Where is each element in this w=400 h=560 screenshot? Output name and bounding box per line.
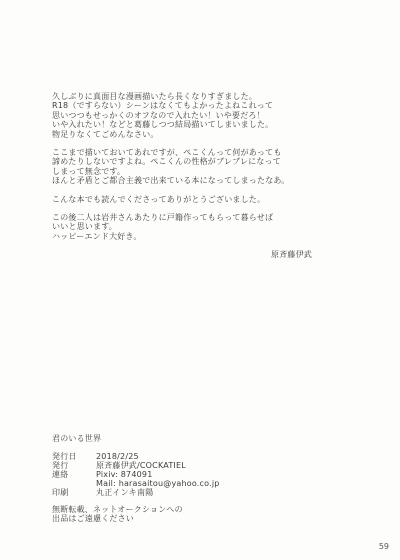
colophon-row: 発行日 2018/2/25 — [52, 452, 220, 461]
colophon-block: 君のいる世界 発行日 2018/2/25 発行 原斉藤伊武/COCKATIEL … — [52, 434, 220, 523]
colophon-value: 丸正インキ南陽 — [96, 488, 153, 497]
colophon-row: 発行 原斉藤伊武/COCKATIEL — [52, 461, 220, 470]
afterword-paragraph: この後二人は岩井さんあたりに戸籍作ってもらって暮らせば いいと思います。 ハッピ… — [52, 213, 318, 241]
colophon-title: 君のいる世界 — [52, 434, 220, 443]
afterword-paragraph: ここまで描いておいてあれですが、ぺこくんって何があっても 諦めたりしないですよね… — [52, 148, 318, 186]
afterword-paragraph: こんな本でも読んでくださってありがとうございました。 — [52, 195, 318, 204]
colophon-label: 印刷 — [52, 488, 96, 497]
page-number: 59 — [379, 542, 389, 551]
colophon-label: 発行日 — [52, 452, 96, 461]
colophon-row: 印刷 丸正インキ南陽 — [52, 488, 220, 497]
author-signature: 原斉藤伊武 — [52, 250, 318, 259]
colophon-value: Pixiv: 874091 Mail: harasaitou@yahoo.co.… — [96, 470, 220, 488]
afterword-text-block: 久しぶりに真面目な漫画描いたら長くなりすぎました。 R18（ですらない）シーンは… — [52, 92, 318, 269]
colophon-value: 2018/2/25 — [96, 452, 139, 461]
colophon-label: 連絡 — [52, 470, 96, 488]
afterword-paragraph: 久しぶりに真面目な漫画描いたら長くなりすぎました。 R18（ですらない）シーンは… — [52, 92, 318, 139]
reprint-notice: 無断転載、ネットオークションへの 出品はご遠慮ください — [52, 505, 220, 523]
colophon-row: 連絡 Pixiv: 874091 Mail: harasaitou@yahoo.… — [52, 470, 220, 488]
colophon-value: 原斉藤伊武/COCKATIEL — [96, 461, 186, 470]
colophon-label: 発行 — [52, 461, 96, 470]
scanned-afterword-page: 久しぶりに真面目な漫画描いたら長くなりすぎました。 R18（ですらない）シーンは… — [0, 0, 400, 560]
